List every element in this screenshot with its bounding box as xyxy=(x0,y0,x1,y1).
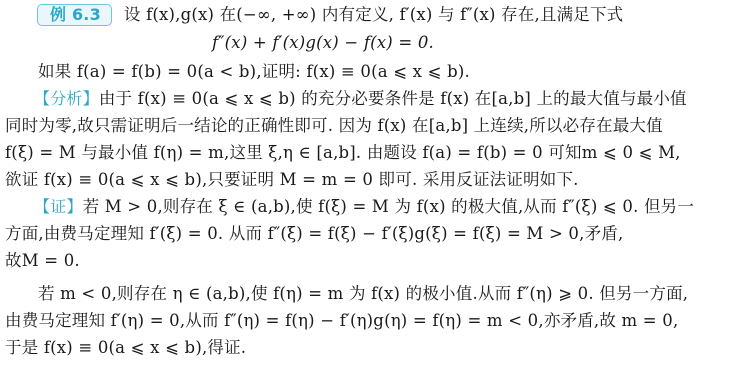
proof-line-1: 【证】若 M > 0,则存在 ξ ∈ (a,b),使 f(ξ) = M 为 f(… xyxy=(34,196,694,218)
analysis-line-2: 同时为零,故只需证明后一结论的正确性即可. 因为 f(x) 在[a,b] 上连续… xyxy=(5,115,663,137)
analysis-text-1: 由于 f(x) ≡ 0(a ⩽ x ⩽ b) 的充分必要条件是 f(x) 在[a… xyxy=(99,89,687,108)
analysis-line-3: f(ξ) = M 与最小值 f(η) = m,这里 ξ,η ∈ [a,b]. 由… xyxy=(5,142,681,164)
math-example-page: 例 6.3设 f(x),g(x) 在(−∞, +∞) 内有定义, f′(x) 与… xyxy=(0,0,734,366)
proof-line-2: 方面,由费马定理知 f′(ξ) = 0. 从而 f″(ξ) = f(ξ) − f… xyxy=(5,223,623,245)
analysis-line-4: 欲证 f(x) ≡ 0(a ⩽ x ⩽ b),只要证明 M = m = 0 即可… xyxy=(5,169,579,191)
example-statement-line-1: 例 6.3设 f(x),g(x) 在(−∞, +∞) 内有定义, f′(x) 与… xyxy=(37,4,623,26)
example-statement-line-3: 如果 f(a) = f(b) = 0(a < b),证明: f(x) ≡ 0(a… xyxy=(38,61,470,83)
example-number-badge: 例 6.3 xyxy=(37,4,112,26)
example-statement-text: 设 f(x),g(x) 在(−∞, +∞) 内有定义, f′(x) 与 f″(x… xyxy=(124,5,623,24)
proof-line-6: 于是 f(x) ≡ 0(a ⩽ x ⩽ b),得证. xyxy=(5,337,246,359)
analysis-line-1: 【分析】由于 f(x) ≡ 0(a ⩽ x ⩽ b) 的充分必要条件是 f(x)… xyxy=(34,88,687,110)
analysis-tag: 【分析】 xyxy=(34,89,99,108)
proof-text-1: 若 M > 0,则存在 ξ ∈ (a,b),使 f(ξ) = M 为 f(x) … xyxy=(83,197,694,216)
differential-equation: f″(x) + f′(x)g(x) − f(x) = 0. xyxy=(212,32,434,54)
proof-line-4: 若 m < 0,则存在 η ∈ (a,b),使 f(η) = m 为 f(x) … xyxy=(38,283,688,305)
proof-tag: 【证】 xyxy=(34,197,83,216)
proof-line-3: 故M = 0. xyxy=(5,250,80,272)
proof-line-5: 由费马定理知 f′(η) = 0,从而 f″(η) = f(η) − f′(η)… xyxy=(5,310,678,332)
